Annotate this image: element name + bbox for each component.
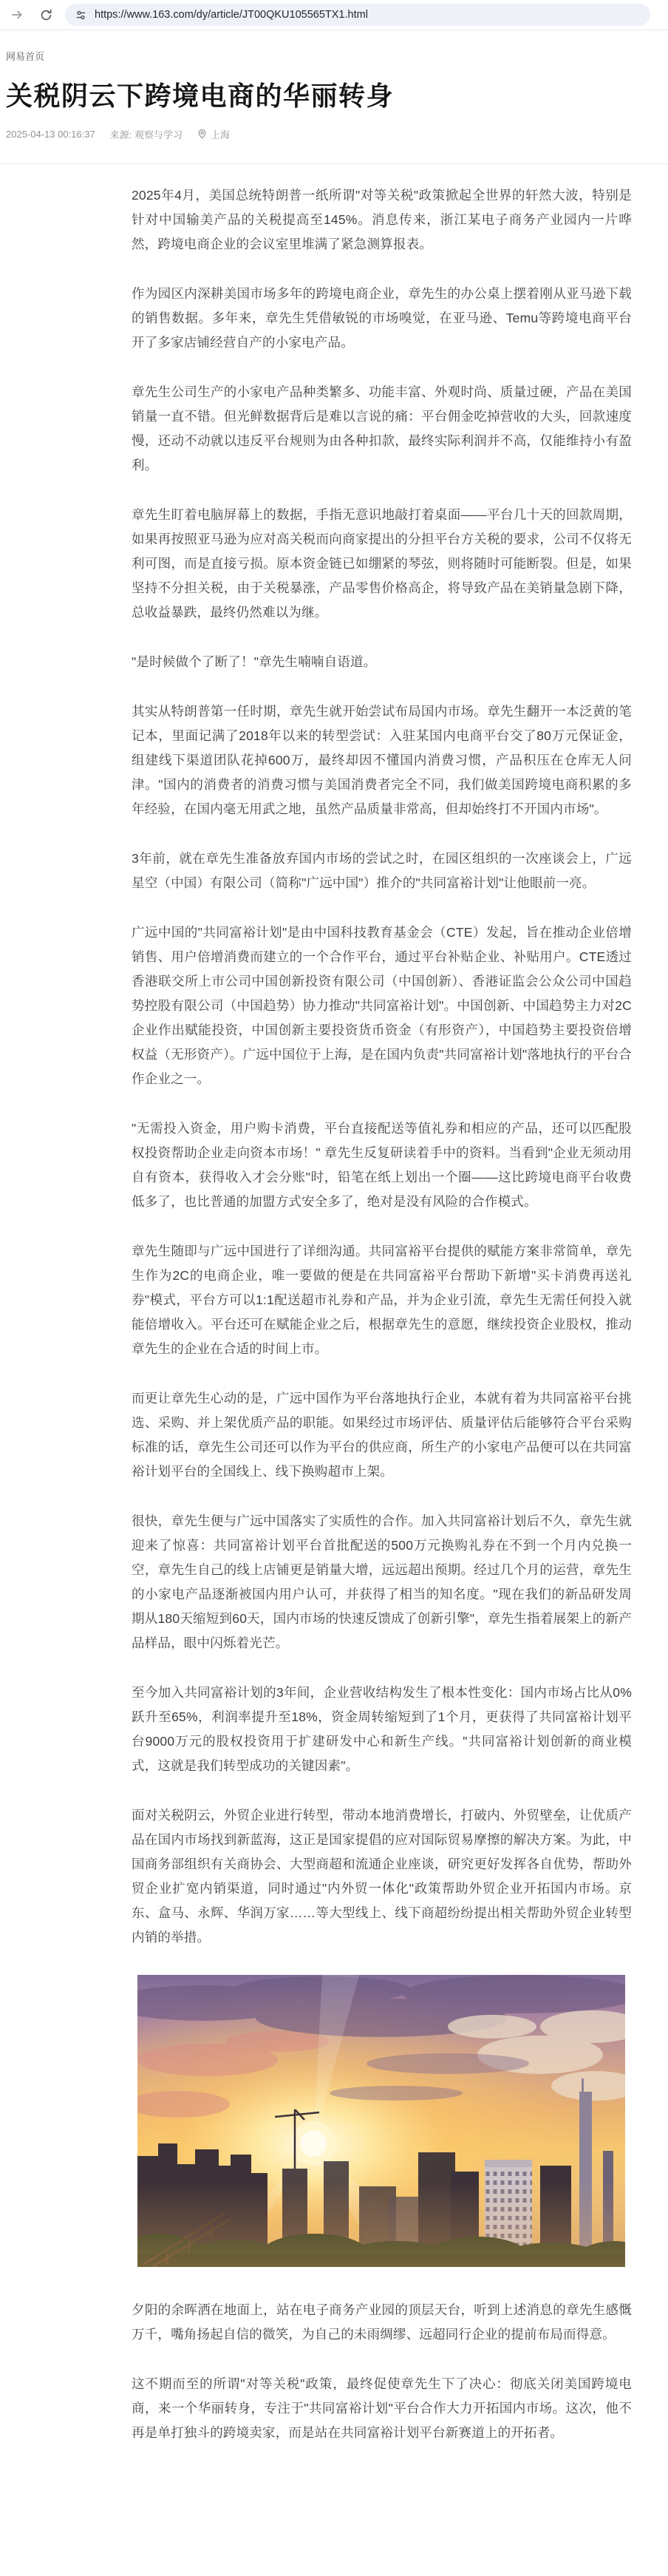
paragraph: "无需投入资金，用户购卡消费，平台直接配送等值礼券和相应的产品，还可以匹配股权投… xyxy=(132,1116,632,1214)
paragraph: 夕阳的余晖洒在地面上，站在电子商务产业园的顶层天台，听到上述消息的章先生感慨万千… xyxy=(132,2298,632,2347)
paragraph: 作为园区内深耕美国市场多年的跨境电商企业，章先生的办公桌上摆着刚从亚马逊下载的销… xyxy=(132,282,632,355)
location-pin-icon xyxy=(197,129,207,139)
paragraph: 2025年4月，美国总统特朗普一纸所谓"对等关税"政策掀起全世界的轩然大波，特别… xyxy=(132,183,632,257)
address-bar[interactable]: https://www.163.com/dy/article/JT00QKU10… xyxy=(65,4,650,26)
paragraph: 而更让章先生心动的是，广远中国作为平台落地执行企业，本就有着为共同富裕平台挑选、… xyxy=(132,1386,632,1484)
url-text: https://www.163.com/dy/article/JT00QKU10… xyxy=(95,9,368,21)
paragraph: 广远中国的"共同富裕计划"是由中国科技教育基金会（CTE）发起，旨在推动企业倍增… xyxy=(132,921,632,1091)
browser-window: https://www.163.com/dy/article/JT00QKU10… xyxy=(0,0,668,2576)
paragraph: 这不期而至的所谓"对等关税"政策，最终促使章先生下了决心：彻底关闭美国跨境电商，… xyxy=(132,2372,632,2445)
paragraph: 章先生盯着电脑屏幕上的数据，手指无意识地敲打着桌面——平台几十天的回款周期，如果… xyxy=(132,503,632,625)
paragraph: 3年前，就在章先生准备放弃国内市场的尝试之时，在园区组织的一次座谈会上，广远星空… xyxy=(132,847,632,895)
paragraph: "是时候做个了断了！"章先生喃喃自语道。 xyxy=(132,650,632,674)
paragraph: 很快，章先生便与广远中国落实了实质性的合作。加入共同富裕计划后不久，章先生就迎来… xyxy=(132,1509,632,1655)
site-info-icon[interactable] xyxy=(75,9,87,21)
forward-arrow-icon[interactable] xyxy=(7,5,27,24)
publish-time: 2025-04-13 00:16:37 xyxy=(6,129,95,140)
paragraph: 面对关税阴云，外贸企业进行转型，带动本地消费增长，打破内、外贸壁垒，让优质产品在… xyxy=(132,1803,632,1950)
paragraph: 章先生公司生产的小家电产品种类繁多、功能丰富、外观时尚、质量过硬，产品在美国销量… xyxy=(132,380,632,478)
netease-home-link[interactable]: 网易首页 xyxy=(6,49,44,63)
article-meta: 2025-04-13 00:16:37 来源: 观察与学习 上海 xyxy=(6,127,662,141)
browser-toolbar: https://www.163.com/dy/article/JT00QKU10… xyxy=(0,0,668,30)
reload-icon[interactable] xyxy=(36,5,55,24)
article-title: 关税阴云下跨境电商的华丽转身 xyxy=(6,79,662,114)
paragraph: 至今加入共同富裕计划的3年间，企业营收结构发生了根本性变化：国内市场占比从0%跃… xyxy=(132,1681,632,1778)
location: 上海 xyxy=(211,127,230,141)
paragraph: 其实从特朗普第一任时期，章先生就开始尝试布局国内市场。章先生翻开一本泛黄的笔记本… xyxy=(132,699,632,821)
article-header: 网易首页 关税阴云下跨境电商的华丽转身 2025-04-13 00:16:37 … xyxy=(0,30,668,141)
paragraph: 章先生随即与广远中国进行了详细沟通。共同富裕平台提供的赋能方案非常简单，章先生作… xyxy=(132,1239,632,1361)
sunset-city-photo xyxy=(137,1975,625,2267)
article-body: 2025年4月，美国总统特朗普一纸所谓"对等关税"政策掀起全世界的轩然大波，特别… xyxy=(132,164,632,2445)
source: 来源: 观察与学习 xyxy=(110,127,183,141)
